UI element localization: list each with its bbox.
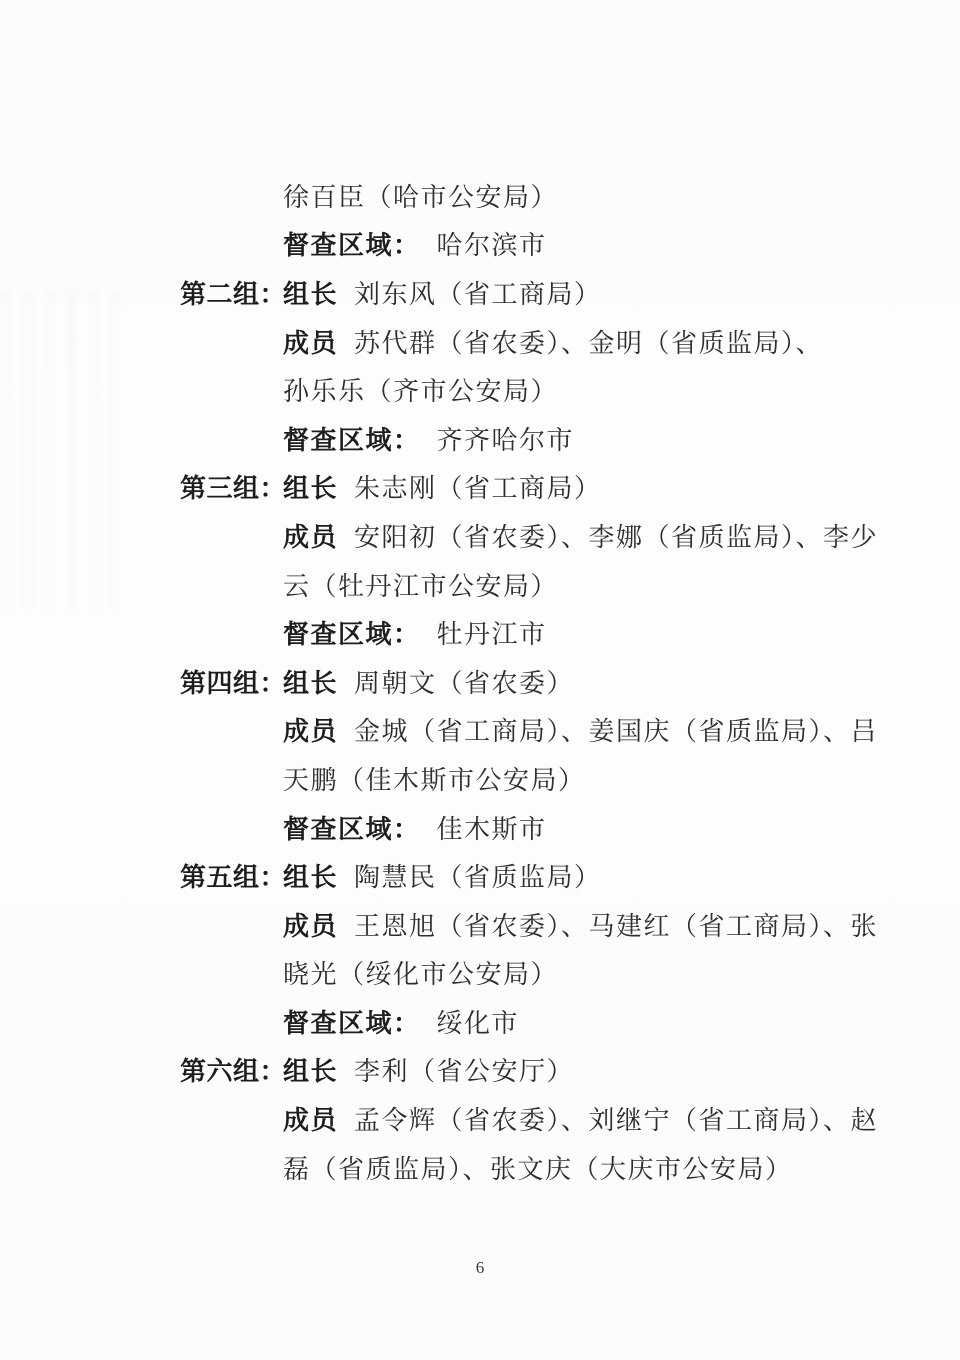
document-line: 督查区域：绥化市 xyxy=(0,997,960,1046)
field-label: 组长 xyxy=(283,274,338,311)
field-label: 督查区域： xyxy=(283,809,421,846)
group-label: 第四组： xyxy=(180,663,283,700)
field-text: 陶慧民（省质监局） xyxy=(354,857,602,894)
field-text: 孟令辉（省农委）、刘继宁（省工商局）、赵 xyxy=(354,1100,878,1137)
field-label: 督查区域： xyxy=(283,614,421,651)
field-label: 成员 xyxy=(283,323,338,360)
field-text: 晓光（绥化市公安局） xyxy=(283,954,558,991)
document-line: 第五组：组长陶慧民（省质监局） xyxy=(0,851,960,900)
field-text: 朱志刚（省工商局） xyxy=(354,468,602,505)
field-text: 徐百臣（哈市公安局） xyxy=(283,177,558,214)
field-label: 成员 xyxy=(283,1100,338,1137)
field-label: 成员 xyxy=(283,711,338,748)
document-line: 第三组：组长朱志刚（省工商局） xyxy=(0,463,960,512)
document-page: 徐百臣（哈市公安局）督查区域：哈尔滨市第二组：组长刘东风（省工商局）成员苏代群（… xyxy=(0,0,960,1360)
field-text: 周朝文（省农委） xyxy=(354,663,574,700)
document-line: 晓光（绥化市公安局） xyxy=(0,949,960,998)
field-text: 佳木斯市 xyxy=(437,809,547,846)
field-label: 组长 xyxy=(283,857,338,894)
document-line: 成员苏代群（省农委）、金明（省质监局）、 xyxy=(0,317,960,366)
document-line: 督查区域：佳木斯市 xyxy=(0,803,960,852)
field-label: 组长 xyxy=(283,1051,338,1088)
document-line: 第六组：组长李利（省公安厅） xyxy=(0,1046,960,1095)
field-text: 哈尔滨市 xyxy=(437,225,547,262)
field-text: 牡丹江市 xyxy=(437,614,547,651)
field-text: 李利（省公安厅） xyxy=(354,1051,574,1088)
document-line: 云（牡丹江市公安局） xyxy=(0,560,960,609)
document-line: 督查区域：牡丹江市 xyxy=(0,608,960,657)
document-line: 督查区域：齐齐哈尔市 xyxy=(0,414,960,463)
group-label: 第五组： xyxy=(180,857,283,894)
field-label: 组长 xyxy=(283,663,338,700)
field-text: 齐齐哈尔市 xyxy=(437,420,575,457)
document-line: 第四组：组长周朝文（省农委） xyxy=(0,657,960,706)
document-line: 徐百臣（哈市公安局） xyxy=(0,171,960,220)
group-label: 第三组： xyxy=(180,468,283,505)
field-label: 组长 xyxy=(283,468,338,505)
field-text: 云（牡丹江市公安局） xyxy=(283,566,558,603)
document-line: 天鹏（佳木斯市公安局） xyxy=(0,754,960,803)
group-label: 第六组： xyxy=(180,1051,283,1088)
field-label: 督查区域： xyxy=(283,225,421,262)
document-line: 督查区域：哈尔滨市 xyxy=(0,220,960,269)
document-line: 成员王恩旭（省农委）、马建红（省工商局）、张 xyxy=(0,900,960,949)
document-line: 孙乐乐（齐市公安局） xyxy=(0,365,960,414)
group-label: 第二组： xyxy=(180,274,283,311)
field-text: 孙乐乐（齐市公安局） xyxy=(283,371,558,408)
field-label: 成员 xyxy=(283,906,338,943)
field-text: 绥化市 xyxy=(437,1003,520,1040)
field-text: 苏代群（省农委）、金明（省质监局）、 xyxy=(354,323,823,360)
document-body: 徐百臣（哈市公安局）督查区域：哈尔滨市第二组：组长刘东风（省工商局）成员苏代群（… xyxy=(0,171,960,1191)
field-label: 成员 xyxy=(283,517,338,554)
field-text: 王恩旭（省农委）、马建红（省工商局）、张 xyxy=(354,906,878,943)
document-line: 成员安阳初（省农委）、李娜（省质监局）、李少 xyxy=(0,511,960,560)
field-label: 督查区域： xyxy=(283,420,421,457)
field-text: 金城（省工商局）、姜国庆（省质监局）、吕 xyxy=(354,711,878,748)
document-line: 磊（省质监局）、张文庆（大庆市公安局） xyxy=(0,1143,960,1192)
document-line: 成员孟令辉（省农委）、刘继宁（省工商局）、赵 xyxy=(0,1094,960,1143)
document-line: 成员金城（省工商局）、姜国庆（省质监局）、吕 xyxy=(0,706,960,755)
field-text: 刘东风（省工商局） xyxy=(354,274,602,311)
page-number: 6 xyxy=(0,1258,960,1278)
document-line: 第二组：组长刘东风（省工商局） xyxy=(0,268,960,317)
field-text: 安阳初（省农委）、李娜（省质监局）、李少 xyxy=(354,517,878,554)
field-text: 天鹏（佳木斯市公安局） xyxy=(283,760,586,797)
field-label: 督查区域： xyxy=(283,1003,421,1040)
field-text: 磊（省质监局）、张文庆（大庆市公安局） xyxy=(283,1149,793,1186)
